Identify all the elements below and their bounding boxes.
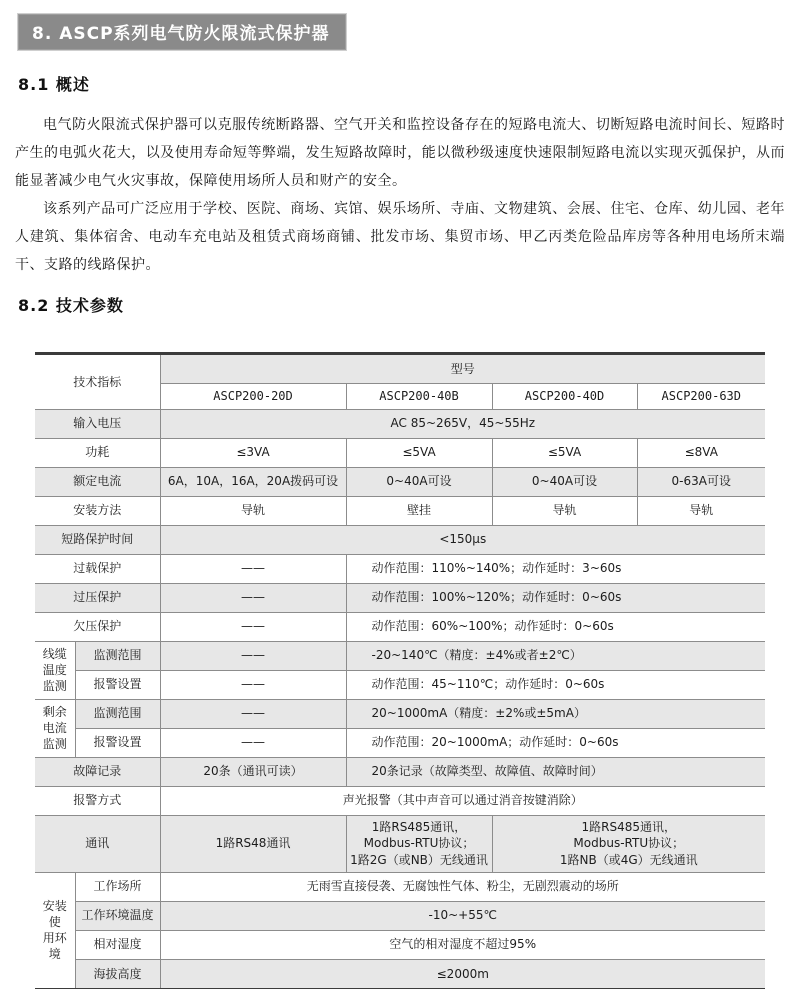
residual-current-monitor-range-vleft-3: 20~1000mA（精度：±2%或±5mA） [346,699,765,728]
installation-method-value-3: 导轨 [492,496,637,525]
short-circuit-protection-time-label: 短路保护时间 [35,525,160,554]
installation-method-label: 安装方法 [35,496,160,525]
model-names-model: ASCP200-20D [160,383,346,409]
model-names-model-1: ASCP200-40B [346,383,492,409]
cable-temp-monitor-range-vleft-3: -20~140℃（精度：±4%或者±2℃） [346,641,765,670]
header-models-head-1: 型号 [160,355,765,383]
cable-temp-alarm-setting-value-1: —— [160,670,346,699]
spec-row-overvoltage-protection: 过压保护——动作范围：100%~120%；动作延时：0~60s [35,583,765,612]
input-voltage-label: 输入电压 [35,409,160,438]
short-circuit-protection-time-value-1: <150μs [160,525,765,554]
undervoltage-protection-value-1: —— [160,612,346,641]
cable-temp-monitor-range-sublabel-1: 监测范围 [75,641,160,670]
overload-protection-value-1: —— [160,554,346,583]
spec-row-altitude: 海拔高度≤2000m [35,959,765,988]
work-place-group: 安装使 用环境 [35,872,75,988]
altitude-value-1: ≤2000m [160,959,765,988]
technical-parameters-table: 技术指标型号ASCP200-20DASCP200-40BASCP200-40DA… [35,355,765,988]
spec-row-power-consumption: 功耗≤3VA≤5VA≤5VA≤8VA [35,438,765,467]
work-place-value-2: 无雨雪直接侵袭、无腐蚀性气体、粉尘，无剧烈震动的场所 [160,872,765,901]
rated-current-label: 额定电流 [35,467,160,496]
spec-row-work-place: 安装使 用环境工作场所无雨雪直接侵袭、无腐蚀性气体、粉尘，无剧烈震动的场所 [35,872,765,901]
power-consumption-value-2: ≤5VA [346,438,492,467]
spec-row-work-temperature: 工作环境温度-10~+55℃ [35,901,765,930]
spec-table-frame: 技术指标型号ASCP200-20DASCP200-40BASCP200-40DA… [35,352,765,989]
chapter-heading-bar: 8. ASCP系列电气防火限流式保护器 [18,14,346,50]
rated-current-value-2: 0~40A可设 [346,467,492,496]
work-temperature-value-1: -10~+55℃ [160,901,765,930]
residual-current-alarm-setting-sublabel: 报警设置 [75,728,160,757]
residual-current-monitor-range-sublabel-1: 监测范围 [75,699,160,728]
header-models-label: 技术指标 [35,355,160,409]
power-consumption-value-4: ≤8VA [637,438,765,467]
communication-multi-2: 1路RS485通讯， Modbus-RTU协议； 1路2G（或NB）无线通讯 [346,815,492,872]
residual-current-alarm-setting-vleft-2: 动作范围：20~1000mA；动作延时：0~60s [346,728,765,757]
spec-row-short-circuit-protection-time: 短路保护时间<150μs [35,525,765,554]
communication-multi-3: 1路RS485通讯， Modbus-RTU协议； 1路NB（或4G）无线通讯 [492,815,765,872]
rated-current-value-1: 6A，10A，16A，20A拨码可设 [160,467,346,496]
power-consumption-label: 功耗 [35,438,160,467]
overload-protection-vleft-2: 动作范围：110%~140%；动作延时：3~60s [346,554,765,583]
spec-table-body: 技术指标型号ASCP200-20DASCP200-40BASCP200-40DA… [35,355,765,988]
communication-label: 通讯 [35,815,160,872]
spec-row-header-models: 技术指标型号 [35,355,765,383]
fault-record-label: 故障记录 [35,757,160,786]
work-temperature-sublabel: 工作环境温度 [75,901,160,930]
cable-temp-monitor-range-value-2: —— [160,641,346,670]
spec-row-rated-current: 额定电流6A，10A，16A，20A拨码可设0~40A可设0~40A可设0-63… [35,467,765,496]
fault-record-vleft-2: 20条记录（故障类型、故障值、故障时间） [346,757,765,786]
rated-current-value-3: 0~40A可设 [492,467,637,496]
spec-row-residual-current-monitor-range: 剩余电流 监测监测范围——20~1000mA（精度：±2%或±5mA） [35,699,765,728]
spec-row-installation-method: 安装方法导轨壁挂导轨导轨 [35,496,765,525]
spec-row-relative-humidity: 相对湿度空气的相对湿度不超过95% [35,930,765,959]
overvoltage-protection-value-1: —— [160,583,346,612]
spec-row-residual-current-alarm-setting: 报警设置——动作范围：20~1000mA；动作延时：0~60s [35,728,765,757]
undervoltage-protection-vleft-2: 动作范围：60%~100%；动作延时：0~60s [346,612,765,641]
spec-row-input-voltage: 输入电压AC 85~265V，45~55Hz [35,409,765,438]
cable-temp-monitor-range-group: 线缆温度 监测 [35,641,75,699]
spec-row-overload-protection: 过载保护——动作范围：110%~140%；动作延时：3~60s [35,554,765,583]
communication-value-1: 1路RS48通讯 [160,815,346,872]
model-names-model-3: ASCP200-63D [637,383,765,409]
installation-method-value-1: 导轨 [160,496,346,525]
rated-current-value-4: 0-63A可设 [637,467,765,496]
section-parameters-title: 8.2 技术参数 [18,293,800,316]
overvoltage-protection-label: 过压保护 [35,583,160,612]
spec-row-alarm-mode: 报警方式声光报警（其中声音可以通过消音按键消除） [35,786,765,815]
manual-page: 8. ASCP系列电气防火限流式保护器 8.1 概述 电气防火限流式保护器可以克… [0,0,800,989]
overvoltage-protection-vleft-2: 动作范围：100%~120%；动作延时：0~60s [346,583,765,612]
fault-record-value-1: 20条（通讯可读） [160,757,346,786]
installation-method-value-2: 壁挂 [346,496,492,525]
work-place-sublabel-1: 工作场所 [75,872,160,901]
chapter-title: 8. ASCP系列电气防火限流式保护器 [32,24,330,44]
input-voltage-value-1: AC 85~265V，45~55Hz [160,409,765,438]
overview-paragraph-1: 电气防火限流式保护器可以克服传统断路器、空气开关和监控设备存在的短路电流大、切断… [15,111,785,195]
spec-row-communication: 通讯1路RS48通讯1路RS485通讯， Modbus-RTU协议； 1路2G（… [35,815,765,872]
cable-temp-alarm-setting-sublabel: 报警设置 [75,670,160,699]
spec-row-cable-temp-monitor-range: 线缆温度 监测监测范围——-20~140℃（精度：±4%或者±2℃） [35,641,765,670]
alarm-mode-label: 报警方式 [35,786,160,815]
overview-paragraph-2: 该系列产品可广泛应用于学校、医院、商场、宾馆、娱乐场所、寺庙、文物建筑、会展、住… [15,195,785,279]
relative-humidity-sublabel: 相对湿度 [75,930,160,959]
spec-row-undervoltage-protection: 欠压保护——动作范围：60%~100%；动作延时：0~60s [35,612,765,641]
power-consumption-value-3: ≤5VA [492,438,637,467]
cable-temp-alarm-setting-vleft-2: 动作范围：45~110℃；动作延时：0~60s [346,670,765,699]
residual-current-monitor-range-value-2: —— [160,699,346,728]
spec-row-fault-record: 故障记录20条（通讯可读）20条记录（故障类型、故障值、故障时间） [35,757,765,786]
residual-current-monitor-range-group: 剩余电流 监测 [35,699,75,757]
section-overview-title: 8.1 概述 [18,72,800,95]
relative-humidity-value-1: 空气的相对湿度不超过95% [160,930,765,959]
power-consumption-value-1: ≤3VA [160,438,346,467]
overload-protection-label: 过载保护 [35,554,160,583]
alarm-mode-value-1: 声光报警（其中声音可以通过消音按键消除） [160,786,765,815]
spec-row-cable-temp-alarm-setting: 报警设置——动作范围：45~110℃；动作延时：0~60s [35,670,765,699]
residual-current-alarm-setting-value-1: —— [160,728,346,757]
installation-method-value-4: 导轨 [637,496,765,525]
altitude-sublabel: 海拔高度 [75,959,160,988]
undervoltage-protection-label: 欠压保护 [35,612,160,641]
model-names-model-2: ASCP200-40D [492,383,637,409]
